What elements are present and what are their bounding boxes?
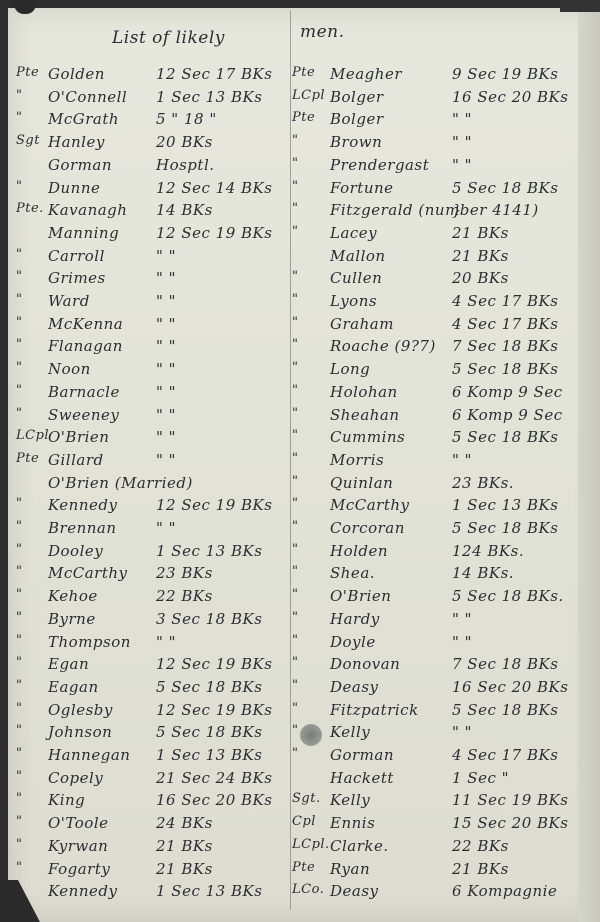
- entry-rank: ": [292, 633, 298, 648]
- entry-rank: ": [292, 406, 298, 421]
- entry-rank: ": [292, 564, 298, 579]
- entry-unit: 6 Kompagnie: [452, 882, 557, 900]
- entry-rank: ": [16, 337, 22, 352]
- entry-unit: 5 Sec 18 BKs.: [452, 587, 564, 605]
- entry-unit: 1 Sec ": [452, 769, 509, 787]
- entry-rank: ": [16, 88, 22, 103]
- document-title-left: List of likely: [112, 28, 225, 48]
- entry-name: Sweeney: [48, 406, 119, 424]
- entry-unit: 12 Sec 17 BKs: [156, 65, 272, 83]
- entry-rank: ": [16, 292, 22, 307]
- entry-rank: ": [292, 360, 298, 375]
- entry-name: Hanley: [48, 133, 105, 151]
- entry-rank: Pte: [16, 451, 39, 466]
- entry-unit: 1 Sec 13 BKs: [452, 496, 558, 514]
- entry-unit: " ": [452, 633, 472, 651]
- entry-rank: ": [292, 496, 298, 511]
- entry-name: Oglesby: [48, 701, 113, 719]
- entry-rank: ": [292, 542, 298, 557]
- entry-unit: 12 Sec 14 BKs: [156, 179, 272, 197]
- entry-rank: ": [292, 383, 298, 398]
- entry-unit: " ": [156, 519, 176, 537]
- entry-name: Bolger: [330, 110, 384, 128]
- entry-name: Graham: [330, 315, 394, 333]
- entry-name: Kelly: [330, 791, 370, 809]
- entry-unit: Hosptl.: [156, 156, 215, 174]
- entry-name: Brown: [330, 133, 382, 151]
- entry-rank: LCpl: [16, 428, 49, 443]
- entry-unit: 14 BKs.: [452, 564, 514, 582]
- entry-unit: 21 BKs: [452, 224, 509, 242]
- entry-name: Morris: [330, 451, 384, 469]
- entry-unit: 14 BKs: [156, 201, 213, 219]
- entry-name: Clarke.: [330, 837, 389, 855]
- entry-name: Kennedy: [48, 496, 117, 514]
- entry-name: Byrne: [48, 610, 96, 628]
- entry-name: Noon: [48, 360, 91, 378]
- entry-unit: 1 Sec 13 BKs: [156, 882, 262, 900]
- entry-name: Cummins: [330, 428, 405, 446]
- entry-rank: ": [292, 224, 298, 239]
- entry-rank: Pte: [16, 65, 39, 80]
- entry-name: Grimes: [48, 269, 106, 287]
- entry-rank: ": [292, 655, 298, 670]
- entry-unit: " ": [452, 723, 472, 741]
- entry-name: Thompson: [48, 633, 131, 651]
- entry-unit: " ": [156, 269, 176, 287]
- entry-unit: " ": [452, 451, 472, 469]
- entry-rank: ": [16, 542, 22, 557]
- entry-rank: ": [16, 610, 22, 625]
- entry-unit: 5 Sec 18 BKs: [452, 428, 558, 446]
- entry-name: McKenna: [48, 315, 123, 333]
- entry-unit: 12 Sec 19 BKs: [156, 496, 272, 514]
- entry-unit: 7 Sec 18 BKs: [452, 337, 558, 355]
- entry-name: Eagan: [48, 678, 99, 696]
- entry-unit: 21 Sec 24 BKs: [156, 769, 272, 787]
- entry-name: Fortune: [330, 179, 394, 197]
- entry-unit: 5 " 18 ": [156, 110, 217, 128]
- entry-unit: 21 BKs: [156, 860, 213, 878]
- entry-rank: ": [16, 564, 22, 579]
- entry-unit: " ": [156, 247, 176, 265]
- entry-rank: ": [16, 360, 22, 375]
- binder-corner: [560, 0, 600, 12]
- entry-name: Gorman: [48, 156, 112, 174]
- entry-name: Carroll: [48, 247, 105, 265]
- entry-rank: ": [16, 247, 22, 262]
- entry-unit: " ": [452, 610, 472, 628]
- entry-name: Brennan: [48, 519, 117, 537]
- entry-rank: LCpl.: [292, 837, 330, 852]
- entry-unit: 24 BKs: [156, 814, 213, 832]
- entry-unit: 11 Sec 19 BKs: [452, 791, 568, 809]
- entry-name: Kyrwan: [48, 837, 108, 855]
- entry-unit: 5 Sec 18 BKs: [156, 678, 262, 696]
- entry-unit: 3 Sec 18 BKs: [156, 610, 262, 628]
- entry-rank: ": [16, 860, 22, 875]
- column-divider-line: [290, 10, 291, 910]
- entry-rank: ": [16, 383, 22, 398]
- entry-rank: ": [16, 406, 22, 421]
- entry-unit: 12 Sec 19 BKs: [156, 224, 272, 242]
- entry-unit: 1 Sec 13 BKs: [156, 542, 262, 560]
- entry-name: Prendergast: [330, 156, 429, 174]
- entry-rank: ": [16, 179, 22, 194]
- entry-name: O'Brien: [48, 428, 109, 446]
- entry-unit: 16 Sec 20 BKs: [156, 791, 272, 809]
- document-title-right: men.: [300, 22, 345, 42]
- entry-rank: ": [292, 315, 298, 330]
- entry-name: Roache (9?7): [330, 337, 436, 355]
- entry-unit: " ": [452, 110, 472, 128]
- entry-rank: ": [292, 269, 298, 284]
- entry-name: Cullen: [330, 269, 382, 287]
- entry-name: Doyle: [330, 633, 376, 651]
- entry-unit: " ": [156, 406, 176, 424]
- entry-rank: ": [16, 769, 22, 784]
- entry-name: Shea.: [330, 564, 375, 582]
- entry-name: O'Toole: [48, 814, 109, 832]
- entry-name: Flanagan: [48, 337, 123, 355]
- entry-rank: ": [16, 655, 22, 670]
- entry-unit: 12 Sec 19 BKs: [156, 701, 272, 719]
- entry-unit: 9 Sec 19 BKs: [452, 65, 558, 83]
- entry-rank: ": [16, 496, 22, 511]
- entry-rank: ": [16, 110, 22, 125]
- entry-unit: 5 Sec 18 BKs: [452, 179, 558, 197]
- entry-name: Corcoran: [330, 519, 405, 537]
- entry-unit: 4 Sec 17 BKs: [452, 315, 558, 333]
- entry-unit: 23 BKs: [156, 564, 213, 582]
- entry-unit: 23 BKs.: [452, 474, 514, 492]
- entry-name: Donovan: [330, 655, 400, 673]
- entry-unit: 5 Sec 18 BKs: [452, 519, 558, 537]
- entry-unit: " ": [156, 337, 176, 355]
- punch-hole: [300, 724, 322, 746]
- entry-name: Golden: [48, 65, 105, 83]
- entry-rank: ": [292, 587, 298, 602]
- entry-unit: 21 BKs: [452, 860, 509, 878]
- entry-unit: " ": [452, 133, 472, 151]
- entry-unit: 21 BKs: [156, 837, 213, 855]
- entry-rank: Pte: [292, 860, 315, 875]
- entry-unit: 4 Sec 17 BKs: [452, 746, 558, 764]
- entry-rank: ": [292, 474, 298, 489]
- entry-unit: 124 BKs.: [452, 542, 524, 560]
- entry-name: Copely: [48, 769, 103, 787]
- entry-name: Lyons: [330, 292, 377, 310]
- entry-rank: ": [16, 814, 22, 829]
- entry-name: Dooley: [48, 542, 103, 560]
- entry-unit: 21 BKs: [452, 247, 509, 265]
- entry-rank: ": [292, 201, 298, 216]
- entry-rank: Sgt: [16, 133, 40, 148]
- entry-unit: " ": [156, 451, 176, 469]
- entry-name: Sheahan: [330, 406, 400, 424]
- entry-rank: ": [292, 451, 298, 466]
- entry-rank: ": [292, 156, 298, 171]
- entry-rank: ": [16, 633, 22, 648]
- entry-rank: LCpl: [292, 88, 325, 103]
- entry-rank: ": [292, 610, 298, 625]
- entry-rank: Sgt.: [292, 791, 321, 806]
- entry-rank: ": [292, 292, 298, 307]
- entry-name: Gorman: [330, 746, 394, 764]
- entry-name: Hackett: [330, 769, 394, 787]
- entry-name: Lacey: [330, 224, 377, 242]
- entry-name: Fitzgerald (number 4141): [330, 201, 539, 219]
- entry-unit: " ": [156, 383, 176, 401]
- entry-name: O'Brien (Married): [48, 474, 193, 492]
- entry-name: Holohan: [330, 383, 398, 401]
- entry-name: Holden: [330, 542, 388, 560]
- entry-name: Hardy: [330, 610, 380, 628]
- entry-rank: ": [292, 133, 298, 148]
- entry-name: Fitzpatrick: [330, 701, 419, 719]
- entry-unit: " ": [452, 156, 472, 174]
- entry-name: Deasy: [330, 882, 379, 900]
- entry-name: Gillard: [48, 451, 104, 469]
- entry-name: Egan: [48, 655, 89, 673]
- entry-name: Deasy: [330, 678, 379, 696]
- entry-name: Ennis: [330, 814, 375, 832]
- entry-unit: 16 Sec 20 BKs: [452, 678, 568, 696]
- entry-name: Dunne: [48, 179, 100, 197]
- entry-name: Fogarty: [48, 860, 110, 878]
- entry-rank: ": [292, 519, 298, 534]
- entry-name: McCarthy: [48, 564, 128, 582]
- entry-unit: 1 Sec 13 BKs: [156, 88, 262, 106]
- entry-name: O'Brien: [330, 587, 391, 605]
- entry-unit: 1 Sec 13 BKs: [156, 746, 262, 764]
- entry-unit: }: [452, 201, 462, 219]
- entry-unit: 20 BKs: [452, 269, 509, 287]
- entry-rank: ": [16, 837, 22, 852]
- entry-rank: ": [16, 315, 22, 330]
- entry-name: Ryan: [330, 860, 370, 878]
- entry-unit: " ": [156, 633, 176, 651]
- entry-rank: ": [292, 701, 298, 716]
- entry-name: McCarthy: [330, 496, 410, 514]
- entry-rank: ": [16, 678, 22, 693]
- entry-name: Johnson: [48, 723, 112, 741]
- entry-rank: ": [16, 519, 22, 534]
- entry-unit: " ": [156, 360, 176, 378]
- entry-name: Ward: [48, 292, 90, 310]
- entry-rank: ": [16, 701, 22, 716]
- entry-unit: 22 BKs: [156, 587, 213, 605]
- entry-rank: ": [16, 791, 22, 806]
- entry-unit: 5 Sec 18 BKs: [452, 701, 558, 719]
- entry-unit: " ": [156, 292, 176, 310]
- entry-rank: Cpl: [292, 814, 316, 829]
- entry-rank: Pte.: [16, 201, 44, 216]
- entry-name: Barnacle: [48, 383, 120, 401]
- entry-rank: ": [292, 428, 298, 443]
- entry-rank: ": [16, 746, 22, 761]
- entry-unit: 6 Komp 9 Sec: [452, 406, 563, 424]
- entry-unit: 5 Sec 18 BKs: [452, 360, 558, 378]
- entry-unit: " ": [156, 428, 176, 446]
- entry-unit: 4 Sec 17 BKs: [452, 292, 558, 310]
- entry-name: McGrath: [48, 110, 119, 128]
- entry-rank: ": [16, 723, 22, 738]
- entry-name: Kelly: [330, 723, 370, 741]
- entry-name: Manning: [48, 224, 119, 242]
- entry-unit: 5 Sec 18 BKs: [156, 723, 262, 741]
- entry-name: Quinlan: [330, 474, 393, 492]
- entry-name: Kehoe: [48, 587, 98, 605]
- entry-unit: 22 BKs: [452, 837, 509, 855]
- entry-rank: ": [292, 678, 298, 693]
- page-edge: [578, 8, 600, 922]
- entry-name: Kavanagh: [48, 201, 127, 219]
- entry-unit: 7 Sec 18 BKs: [452, 655, 558, 673]
- entry-name: Meagher: [330, 65, 402, 83]
- entry-rank: LCo.: [292, 882, 324, 897]
- entry-rank: ": [16, 269, 22, 284]
- entry-unit: 20 BKs: [156, 133, 213, 151]
- entry-rank: Pte: [292, 110, 315, 125]
- entry-unit: 12 Sec 19 BKs: [156, 655, 272, 673]
- entry-name: Long: [330, 360, 370, 378]
- entry-name: Hannegan: [48, 746, 130, 764]
- entry-rank: ": [16, 587, 22, 602]
- entry-unit: 6 Komp 9 Sec: [452, 383, 563, 401]
- entry-unit: 15 Sec 20 BKs: [452, 814, 568, 832]
- entry-rank: ": [292, 179, 298, 194]
- entry-unit: 16 Sec 20 BKs: [452, 88, 568, 106]
- entry-name: Bolger: [330, 88, 384, 106]
- entry-name: Mallon: [330, 247, 386, 265]
- entry-name: O'Connell: [48, 88, 127, 106]
- entry-rank: ": [292, 723, 298, 738]
- entry-rank: Pte: [292, 65, 315, 80]
- entry-rank: ": [292, 746, 298, 761]
- entry-name: King: [48, 791, 85, 809]
- entry-unit: " ": [156, 315, 176, 333]
- entry-rank: ": [292, 337, 298, 352]
- entry-name: Kennedy: [48, 882, 117, 900]
